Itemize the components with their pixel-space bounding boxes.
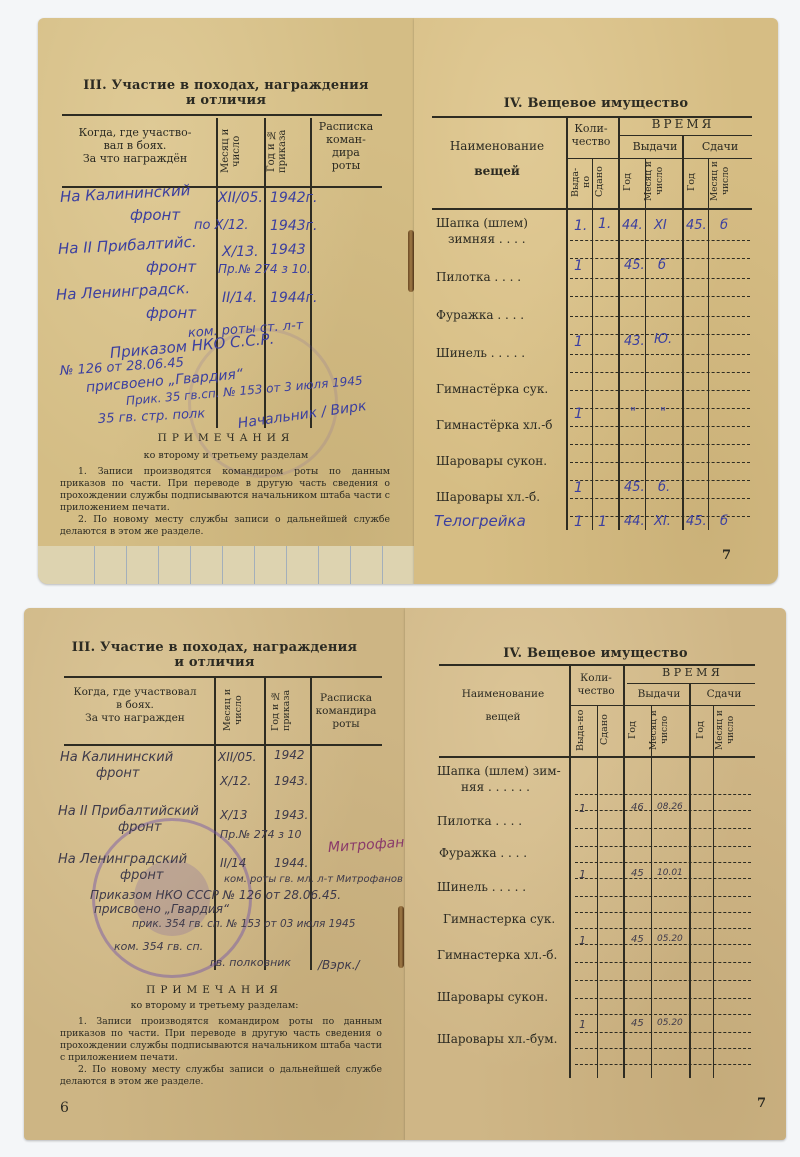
section-title-line2: и отличия (38, 93, 414, 108)
column-divider (708, 158, 709, 530)
value-return-md: б (720, 514, 728, 529)
value-returned: 1 (598, 514, 607, 530)
row-line (575, 878, 751, 879)
row-line (575, 980, 751, 981)
column-divider (689, 683, 691, 1078)
value-issued: 1 (574, 480, 583, 496)
header-line: Наименование (432, 140, 562, 153)
page-number: 6 (60, 1100, 69, 1116)
value-issued: 1 (574, 258, 583, 274)
handwritten-entry: XII/05. (218, 750, 256, 764)
value-issue-md: б (658, 258, 666, 273)
header-issue-month-day: Месяц и число (649, 706, 685, 754)
handwritten-entry: 35 гв. стр. полк (98, 406, 206, 427)
value-issued: 1 (574, 514, 583, 530)
header-return-month-day: Месяц и число (710, 158, 744, 204)
handwritten-entry: фронт (146, 304, 196, 322)
header-issue-year: Год (622, 162, 638, 202)
value-issue-year: 46 (631, 802, 644, 813)
section-title-iv: IV. Вещевое имущество (414, 96, 778, 111)
grid-line (286, 546, 287, 584)
section-title-line1: III. Участие в походах, награждения (24, 640, 405, 655)
value-issued: 1. (574, 218, 587, 234)
grid-line (318, 546, 319, 584)
header-rule (62, 114, 382, 116)
handwritten-entry: 1942г. (270, 190, 317, 206)
row-line (575, 1048, 751, 1049)
underlying-page-grid (38, 546, 414, 584)
handwritten-entry: На Калининский (60, 181, 191, 206)
note-1: 1. Записи производятся командиром роты п… (60, 1016, 382, 1064)
section-title-line2: и отличия (24, 655, 405, 670)
row-line (570, 426, 750, 427)
header-line-h (627, 683, 755, 684)
handwritten-entry: прик. 354 гв. сп. № 153 от 03 июля 1945 (132, 918, 355, 930)
header-issue: Выдачи (620, 140, 690, 153)
column-divider (566, 118, 568, 530)
row-line (575, 1064, 751, 1065)
header-col-year-order: Год и № приказа (266, 116, 292, 186)
binding-staple (398, 906, 404, 968)
header-line-h (571, 705, 755, 706)
handwritten-entry: II/14. (222, 290, 257, 306)
value-issued: 1 (579, 802, 586, 815)
header-line: в боях. (60, 699, 210, 712)
item-name-furazhka: Фуражка . . . . (439, 846, 527, 860)
row-line (575, 998, 751, 999)
handwritten-entry: гв. полковник (210, 956, 291, 969)
handwritten-entry: X/12. (220, 774, 251, 788)
header-issue-year: Год (627, 708, 643, 752)
note-2: 2. По новому месту службы записи о дальн… (60, 514, 390, 538)
handwritten-entry: по X/12. (194, 218, 249, 233)
header-returned: Сдано (594, 162, 614, 202)
row-line (570, 354, 750, 355)
section-title-line1: III. Участие в походах, награждения (38, 78, 414, 93)
value-issue-year: 45 (631, 934, 644, 945)
handwritten-entry: XII/05. (218, 190, 263, 206)
header-line: чество (571, 685, 621, 698)
item-name-trousers-cotton: Шаровары хл.-бум. (437, 1032, 557, 1046)
value-issued: 1 (574, 406, 583, 422)
page-number: 7 (757, 1096, 766, 1111)
header-line-h (620, 135, 752, 136)
header-item-name: Наименование вещей (437, 688, 569, 724)
handwritten-entry: 1943. (274, 774, 308, 788)
row-line (575, 928, 751, 929)
grid-line (382, 546, 383, 584)
item-name-pilotka: Пилотка . . . . (437, 814, 522, 828)
value-issue-year: 45 (631, 868, 644, 879)
handwritten-entry: X/13. (222, 244, 259, 260)
header-line: За что награжден (60, 712, 210, 725)
value-issue-year: 43. (624, 334, 645, 349)
handwritten-entry: присвоено „Гвардия“ (94, 902, 229, 916)
bottom-spread: III. Участие в походах, награждения и от… (24, 608, 786, 1140)
handwritten-entry: ком. роты гв. мл. л-т Митрофанов (224, 874, 403, 885)
bottom-left-page: III. Участие в походах, награждения и от… (24, 608, 405, 1140)
section-title-iv: IV. Вещевое имущество (405, 646, 786, 661)
value-issue-md: 08.26 (657, 802, 683, 812)
row-line (575, 828, 751, 829)
value-issue-md: 05.20 (657, 1018, 683, 1028)
header-time: ВРЕМЯ (620, 118, 746, 131)
row-line (575, 846, 751, 847)
item-name-pilotka: Пилотка . . . . (436, 270, 521, 284)
value-issued: 1 (579, 934, 586, 947)
value-issue-year: " (630, 406, 636, 421)
notes-subtitle: ко второму и третьему разделам: (24, 1000, 405, 1011)
row-line (575, 1014, 751, 1015)
handwritten-entry: 1944г. (270, 290, 317, 306)
column-divider (618, 118, 620, 530)
header-line: роты (310, 718, 382, 731)
header-line: роты (308, 159, 384, 172)
bottom-right-page: IV. Вещевое имущество Наименование вещей… (405, 608, 786, 1140)
row-line (570, 444, 750, 445)
header-return-year: Год (686, 162, 702, 202)
column-divider (645, 158, 646, 530)
header-line: За что награждён (60, 152, 210, 165)
handwritten-entry: Приказом НКО СССР № 126 от 28.06.45. (90, 888, 341, 902)
header-line: Расписка (308, 120, 384, 133)
header-col-month-day: Месяц и число (222, 680, 248, 740)
column-divider (713, 705, 714, 1078)
column-divider (623, 666, 625, 1078)
value-issued: 1 (574, 334, 583, 350)
handwritten-entry: фронт (96, 766, 139, 781)
top-spread: III. Участие в походах, награждения и от… (38, 18, 778, 584)
grid-line (94, 546, 95, 584)
header-line: чество (566, 135, 616, 148)
top-left-page: III. Участие в походах, награждения и от… (38, 18, 414, 584)
header-col-year-order: Год и № приказа (270, 680, 296, 740)
header-line: вещей (432, 165, 562, 178)
header-line: Коли- (566, 122, 616, 135)
item-name-greatcoat: Шинель . . . . . (436, 346, 525, 360)
handwritten-entry: Пр.№ 274 з 10. (218, 262, 311, 276)
grid-line (254, 546, 255, 584)
header-bottom-line (64, 744, 382, 746)
item-name-tunic-wool: Гимнастёрка сук. (436, 382, 548, 396)
header-line: командира (310, 705, 382, 718)
notes-title: ПРИМЕЧАНИЯ (38, 432, 414, 444)
grid-line (126, 546, 127, 584)
handwritten-entry: 1942 (274, 748, 305, 762)
header-issue-month-day: Месяц и число (644, 158, 678, 204)
header-line: Коли- (571, 672, 621, 685)
commander-signature: Митрофанов (327, 834, 405, 856)
header-issued: Выда-но (575, 708, 595, 752)
handwritten-entry: 1943 (270, 242, 306, 258)
header-line: дира (308, 146, 384, 159)
header-quantity: Коли- чество (566, 122, 616, 148)
top-right-page: IV. Вещевое имущество Наименование вещей… (414, 18, 778, 584)
item-name-tunic-cotton: Гимнастёрка хл.-б (436, 418, 553, 432)
handwritten-signature: /Вэрк./ (318, 958, 360, 972)
handwritten-entry: Пр.№ 274 з 10 (220, 828, 302, 841)
header-col-commander-signature: Расписка командира роты (310, 692, 382, 731)
header-issued: Выда-но (570, 162, 590, 202)
item-name-telogreika: Телогрейка (434, 512, 526, 530)
row-line (575, 962, 751, 963)
header-item-name: Наименование вещей (432, 140, 562, 178)
handwritten-entry: На II Прибалтийс. (58, 233, 197, 258)
header-col-when-where: Когда, где участвовал в боях. За что наг… (60, 686, 210, 725)
value-issue-md: " (660, 406, 666, 421)
handwritten-entry: II/14 (220, 856, 246, 870)
handwritten-entry: 1943. (274, 808, 308, 822)
header-line: коман- (308, 133, 384, 146)
handwritten-entry: 1944. (274, 856, 308, 870)
header-line: Когда, где участвовал (60, 686, 210, 699)
value-issue-md: Ю. (654, 332, 672, 347)
column-divider (592, 158, 593, 530)
value-issue-year: 44. (622, 218, 643, 233)
note-1: 1. Записи производятся командиром роты п… (60, 466, 390, 514)
item-name-tunic-wool: Гимнастерка сук. (443, 912, 555, 926)
handwritten-entry: 1943г. (270, 218, 317, 234)
value-issued: 1 (579, 868, 586, 881)
header-line-h (566, 158, 752, 159)
value-issue-year: 45. (624, 480, 645, 495)
item-name-winter-hat-cont: няя . . . . . . (461, 780, 530, 794)
header-line: Когда, где участво- (60, 126, 210, 139)
header-col-when-where: Когда, где участво- вал в боях. За что н… (60, 126, 210, 165)
handwritten-entry: На Калининский (60, 750, 173, 765)
value-returned: 1. (598, 216, 611, 232)
handwritten-entry: фронт (120, 868, 163, 883)
value-issue-md: 10.01 (657, 868, 683, 878)
section-title-iii: III. Участие в походах, награждения и от… (24, 640, 405, 670)
value-issue-year: 44. (624, 514, 645, 529)
row-line (575, 944, 751, 945)
header-line: Расписка (310, 692, 382, 705)
header-time: В Р Е М Я (627, 666, 755, 679)
header-line: вал в боях. (60, 139, 210, 152)
grid-line (222, 546, 223, 584)
column-divider (651, 705, 652, 1078)
header-return: Сдачи (690, 140, 750, 153)
handwritten-entry: фронт (130, 206, 180, 224)
value-issue-md: б. (658, 480, 670, 495)
value-return-year: 45. (686, 218, 707, 233)
row-line (570, 240, 750, 241)
column-divider (682, 135, 684, 530)
header-line: Наименование (437, 688, 569, 701)
row-line (575, 912, 751, 913)
header-return: Сдачи (693, 688, 755, 701)
note-2: 2. По новому месту службы записи о дальн… (60, 1064, 382, 1088)
row-line (570, 372, 750, 373)
header-rule (64, 676, 382, 678)
header-col-commander-signature: Расписка коман- дира роты (308, 120, 384, 172)
header-col-month-day: Месяц и число (220, 118, 246, 184)
item-name-trousers-cotton: Шаровары хл.-б. (436, 490, 540, 504)
header-return-year: Год (695, 708, 711, 752)
notes-title: ПРИМЕЧАНИЯ (24, 984, 405, 996)
value-issued: 1 (579, 1018, 586, 1031)
item-name-winter-hat: Шапка (шлем) зим- (437, 764, 561, 778)
item-name-trousers-wool: Шаровары сукон. (436, 454, 547, 468)
page-number: 7 (722, 548, 731, 563)
value-return-md: б (720, 218, 728, 233)
row-line (570, 316, 750, 317)
value-issue-md: XI. (654, 514, 671, 529)
header-line: вещей (437, 711, 569, 724)
column-divider (597, 705, 598, 1078)
row-line (575, 896, 751, 897)
item-name-tunic-cotton: Гимнастерка хл.-б. (437, 948, 557, 962)
item-name-furazhka: Фуражка . . . . (436, 308, 524, 322)
row-line (575, 862, 751, 863)
value-issue-md: XI (654, 218, 667, 233)
notes-subtitle: ко второму и третьему разделам (38, 450, 414, 461)
header-return-month-day: Месяц и число (715, 706, 753, 754)
value-issue-year: 45. (624, 258, 645, 273)
grid-line (158, 546, 159, 584)
notes-body: 1. Записи производятся командиром роты п… (60, 466, 390, 538)
row-line (570, 498, 750, 499)
grid-line (190, 546, 191, 584)
header-quantity: Коли- чество (571, 672, 621, 698)
handwritten-entry: X/13 (220, 808, 248, 822)
section-title-iii: III. Участие в походах, награждения и от… (38, 78, 414, 108)
handwritten-entry: фронт (146, 258, 196, 276)
item-name-greatcoat: Шинель . . . . . (437, 880, 526, 894)
handwritten-entry: На II Прибалтийский (58, 804, 199, 819)
row-line (570, 390, 750, 391)
handwritten-entry: фронт (118, 820, 161, 835)
handwritten-entry: ком. 354 гв. сп. (114, 940, 203, 953)
grid-line (350, 546, 351, 584)
notes-body: 1. Записи производятся командиром роты п… (60, 1016, 382, 1088)
row-line (570, 462, 750, 463)
handwritten-entry: На Ленинградский (58, 852, 187, 867)
item-name-trousers-wool: Шаровары сукон. (437, 990, 548, 1004)
header-issue: Выдачи (627, 688, 691, 701)
column-divider (569, 666, 571, 1078)
row-line (575, 1032, 751, 1033)
value-issue-year: 45 (631, 1018, 644, 1029)
item-name-winter-hat-cont: зимняя . . . . (448, 232, 526, 246)
handwritten-entry: На Ленинградск. (56, 279, 191, 304)
row-line (570, 278, 750, 279)
value-return-year: 45. (686, 514, 707, 529)
row-line (575, 794, 751, 795)
value-issue-md: 05.20 (657, 934, 683, 944)
header-returned: Сдано (599, 708, 619, 752)
item-name-winter-hat: Шапка (шлем) (436, 216, 528, 230)
row-line (570, 296, 750, 297)
